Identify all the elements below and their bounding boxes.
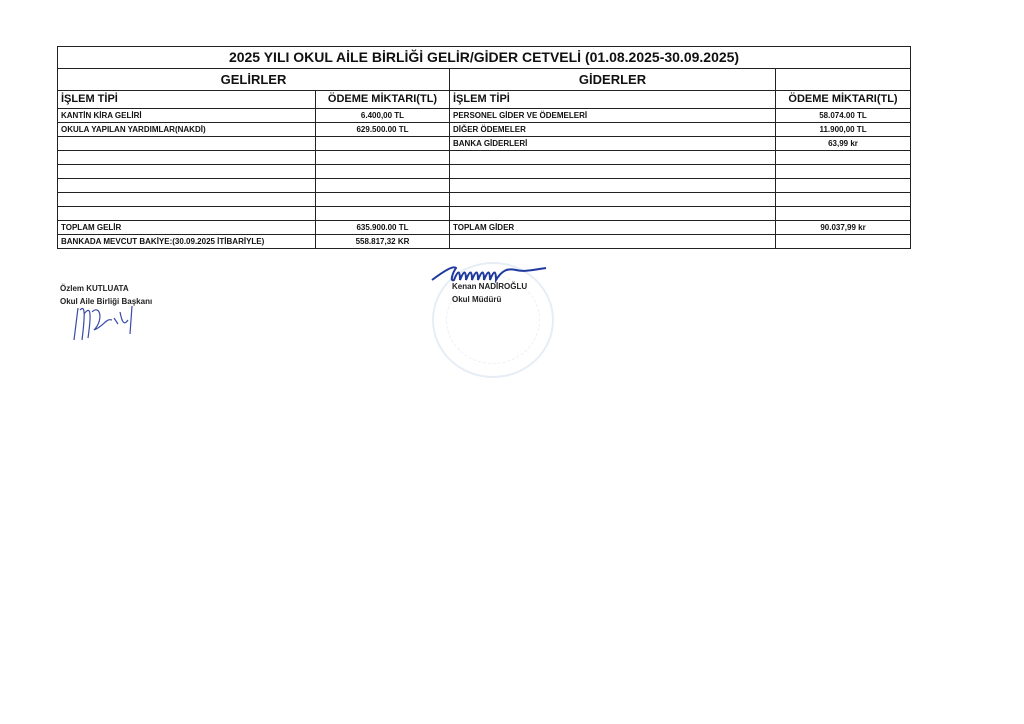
cell-income-type bbox=[58, 165, 316, 179]
left-signer-name: Özlem KUTLUATA bbox=[60, 282, 152, 295]
income-expense-sheet: 2025 YILI OKUL AİLE BİRLİĞİ GELİR/GİDER … bbox=[57, 46, 910, 249]
cell-expense-amount bbox=[776, 151, 911, 165]
table-row bbox=[58, 165, 911, 179]
income-section-header: GELİRLER bbox=[58, 69, 450, 91]
cell-income-amount bbox=[316, 137, 450, 151]
table-row bbox=[58, 193, 911, 207]
cell-income-type bbox=[58, 179, 316, 193]
cell-income-type bbox=[58, 193, 316, 207]
total-income-value: 635.900.00 TL bbox=[316, 221, 450, 235]
cell-income-amount bbox=[316, 151, 450, 165]
bank-balance-value: 558.817,32 KR bbox=[316, 235, 450, 249]
cell-expense-type bbox=[450, 151, 776, 165]
left-signature-icon bbox=[70, 300, 150, 346]
income-expense-table: 2025 YILI OKUL AİLE BİRLİĞİ GELİR/GİDER … bbox=[57, 46, 911, 249]
empty-cell bbox=[776, 235, 911, 249]
cell-income-type bbox=[58, 207, 316, 221]
table-body: KANTİN KİRA GELİRİ6.400,00 TLPERSONEL Gİ… bbox=[58, 109, 911, 221]
cell-income-amount bbox=[316, 193, 450, 207]
cell-income-amount: 6.400,00 TL bbox=[316, 109, 450, 123]
cell-expense-type: BANKA GİDERLERİ bbox=[450, 137, 776, 151]
table-row bbox=[58, 151, 911, 165]
right-signer-name: Kenan NADİROĞLU bbox=[452, 280, 527, 293]
cell-expense-amount: 63,99 kr bbox=[776, 137, 911, 151]
right-signer-role: Okul Müdürü bbox=[452, 293, 527, 306]
cell-expense-type: DİĞER ÖDEMELER bbox=[450, 123, 776, 137]
cell-expense-amount: 58.074.00 TL bbox=[776, 109, 911, 123]
document-title: 2025 YILI OKUL AİLE BİRLİĞİ GELİR/GİDER … bbox=[58, 47, 911, 69]
cell-income-type bbox=[58, 137, 316, 151]
table-row: BANKA GİDERLERİ63,99 kr bbox=[58, 137, 911, 151]
cell-income-amount bbox=[316, 207, 450, 221]
cell-expense-type bbox=[450, 207, 776, 221]
empty-header-cell bbox=[776, 69, 911, 91]
cell-expense-type bbox=[450, 193, 776, 207]
income-amount-header: ÖDEME MİKTARI(TL) bbox=[316, 91, 450, 109]
cell-expense-type: PERSONEL GİDER VE ÖDEMELERİ bbox=[450, 109, 776, 123]
cell-income-amount bbox=[316, 179, 450, 193]
cell-expense-amount bbox=[776, 165, 911, 179]
cell-expense-type bbox=[450, 179, 776, 193]
cell-income-type bbox=[58, 151, 316, 165]
right-signature-block: Kenan NADİROĞLU Okul Müdürü bbox=[452, 280, 527, 306]
table-row bbox=[58, 179, 911, 193]
cell-expense-amount: 11.900,00 TL bbox=[776, 123, 911, 137]
cell-expense-amount bbox=[776, 179, 911, 193]
income-type-header: İŞLEM TİPİ bbox=[58, 91, 316, 109]
empty-cell bbox=[450, 235, 776, 249]
cell-income-type: OKULA YAPILAN YARDIMLAR(NAKDİ) bbox=[58, 123, 316, 137]
cell-expense-amount bbox=[776, 207, 911, 221]
total-expense-label: TOPLAM GİDER bbox=[450, 221, 776, 235]
cell-income-amount bbox=[316, 165, 450, 179]
expense-amount-header: ÖDEME MİKTARI(TL) bbox=[776, 91, 911, 109]
cell-expense-type bbox=[450, 165, 776, 179]
expense-section-header: GİDERLER bbox=[450, 69, 776, 91]
table-row: OKULA YAPILAN YARDIMLAR(NAKDİ)629.500.00… bbox=[58, 123, 911, 137]
cell-income-type: KANTİN KİRA GELİRİ bbox=[58, 109, 316, 123]
table-row: KANTİN KİRA GELİRİ6.400,00 TLPERSONEL Gİ… bbox=[58, 109, 911, 123]
total-expense-value: 90.037,99 kr bbox=[776, 221, 911, 235]
cell-expense-amount bbox=[776, 193, 911, 207]
table-row bbox=[58, 207, 911, 221]
cell-income-amount: 629.500.00 TL bbox=[316, 123, 450, 137]
bank-balance-label: BANKADA MEVCUT BAKİYE:(30.09.2025 İTİBAR… bbox=[58, 235, 316, 249]
total-income-label: TOPLAM GELİR bbox=[58, 221, 316, 235]
expense-type-header: İŞLEM TİPİ bbox=[450, 91, 776, 109]
